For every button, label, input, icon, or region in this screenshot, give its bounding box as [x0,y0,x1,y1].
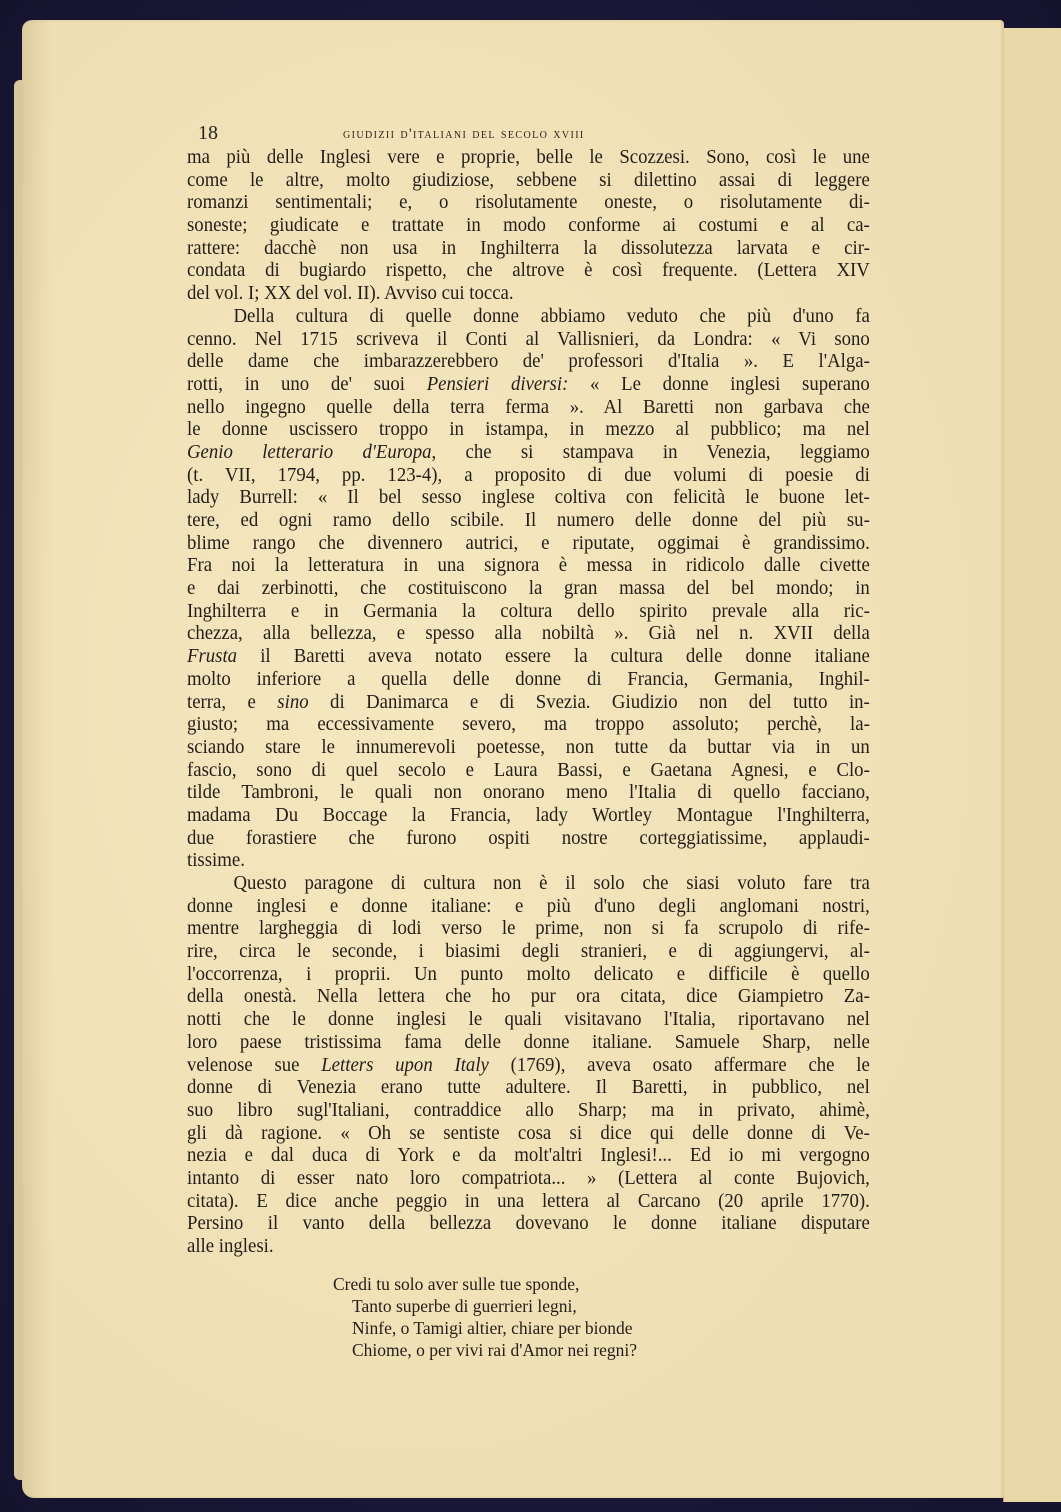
italic-title: Pensieri diversi: [427,373,569,395]
text-line: Genio letterario d'Europa, che si stampa… [187,441,870,464]
text-line: mentre largheggia di lodi verso le prime… [187,917,870,940]
text-line: (t. VII, 1794, pp. 123-4), a proposito d… [187,464,870,487]
text-line: donne di Venezia erano tutte adultere. I… [187,1076,870,1099]
text-line: fascio, sono di quel secolo e Laura Bass… [187,759,870,782]
text-line: notti che le donne inglesi le quali visi… [187,1008,870,1031]
text-line: madama Du Boccage la Francia, lady Wortl… [187,804,870,827]
italic-title: Frusta [187,645,237,667]
text-line: rattere: dacchè non usa in Inghilterra l… [187,237,870,260]
text-line: cenno. Nel 1715 scriveva il Conti al Val… [187,328,870,351]
text-line: intanto di esser nato loro compatriota..… [187,1167,870,1190]
text-line: donne inglesi e donne italiane: e più d'… [187,895,870,918]
text-line: Inghilterra e in Germania la coltura del… [187,600,870,623]
text-line: Della cultura di quelle donne abbiamo ve… [187,305,870,328]
italic-title: Genio letterario d'Europa [187,441,431,463]
text-line: l'occorrenza, i proprii. Un punto molto … [187,963,870,986]
verse-line: Ninfe, o Tamigi altier, chiare per biond… [333,1317,637,1339]
paragraph-3: Questo paragone di cultura non è il solo… [187,872,870,1258]
adjacent-page-edge [1003,28,1061,1502]
verse-line: Tanto superbe di guerrieri legni, [333,1295,637,1317]
italic-title: Letters upon Italy [321,1054,489,1076]
text-line: soneste; giudicate e trattate in modo co… [187,214,870,237]
text-line: giusto; ma eccessivamente severo, ma tro… [187,713,870,736]
text-line: terra, e sino di Danimarca e di Svezia. … [187,691,870,714]
text-line: romanzi sentimentali; e, o risolutamente… [187,191,870,214]
running-head-title: GIUDIZII D'ITALIANI DEL SECOLO XVIII [343,126,585,143]
text-line: loro paese tristissima fama delle donne … [187,1031,870,1054]
text-line: chezza, alla bellezza, e spesso alla nob… [187,622,870,645]
text-line: due forastiere che furono ospiti nostre … [187,827,870,850]
text-line: lady Burrell: « Il bel sesso inglese col… [187,486,870,509]
text-line: blime rango che divennero autrici, e rip… [187,532,870,555]
text-line: tissime. [187,849,870,872]
paragraph-2: Della cultura di quelle donne abbiamo ve… [187,305,870,872]
verse-line: Credi tu solo aver sulle tue sponde, [333,1273,637,1295]
text-line: e dai zerbinotti, che costituiscono la g… [187,577,870,600]
text-line: suo libro sugl'Italiani, contraddice all… [187,1099,870,1122]
text-line: Persino il vanto della bellezza dovevano… [187,1212,870,1235]
body-text: ma più delle Inglesi vere e proprie, bel… [187,146,870,1258]
text-line: le donne uscissero troppo in istampa, in… [187,418,870,441]
text-line: sciando stare le innumerevoli poetesse, … [187,736,870,759]
paragraph-1: ma più delle Inglesi vere e proprie, bel… [187,146,870,305]
text-line: gli dà ragione. « Oh se sentiste cosa si… [187,1122,870,1145]
text-line: come le altre, molto giudiziose, sebbene… [187,169,870,192]
text-line: condata di bugiardo rispetto, che altrov… [187,259,870,282]
text-line: tere, ed ogni ramo dello scibile. Il num… [187,509,870,532]
verse-line: Chiome, o per vivi rai d'Amor nei regni? [333,1339,637,1361]
text-line: Frusta il Baretti aveva notato essere la… [187,645,870,668]
text-line: delle dame che imbarazzerebbero de' prof… [187,350,870,373]
text-line: citata). E dice anche peggio in una lett… [187,1190,870,1213]
text-line: rotti, in uno de' suoi Pensieri diversi:… [187,373,870,396]
text-line: molto inferiore a quella delle donne di … [187,668,870,691]
text-line: nezia e dal duca di York e da molt'altri… [187,1144,870,1167]
verse-quotation: Credi tu solo aver sulle tue sponde, Tan… [333,1273,637,1361]
text-line: nello ingegno quelle della terra ferma »… [187,396,870,419]
page-number: 18 [198,122,218,145]
text-line: alle inglesi. [187,1235,870,1258]
text-line: Questo paragone di cultura non è il solo… [187,872,870,895]
text-line: velenose sue Letters upon Italy (1769), … [187,1054,870,1077]
text-line: del vol. I; XX del vol. II). Avviso cui … [187,282,870,305]
text-line: ma più delle Inglesi vere e proprie, bel… [187,146,870,169]
text-line: della onestà. Nella lettera che ho pur o… [187,985,870,1008]
running-head: 18 GIUDIZII D'ITALIANI DEL SECOLO XVIII [198,122,878,146]
italic-title: sino [277,691,308,713]
text-line: tilde Tambroni, le quali non onorano men… [187,781,870,804]
text-line: rire, circa le seconde, i biasimi degli … [187,940,870,963]
text-line: Fra noi la letteratura in una signora è … [187,554,870,577]
